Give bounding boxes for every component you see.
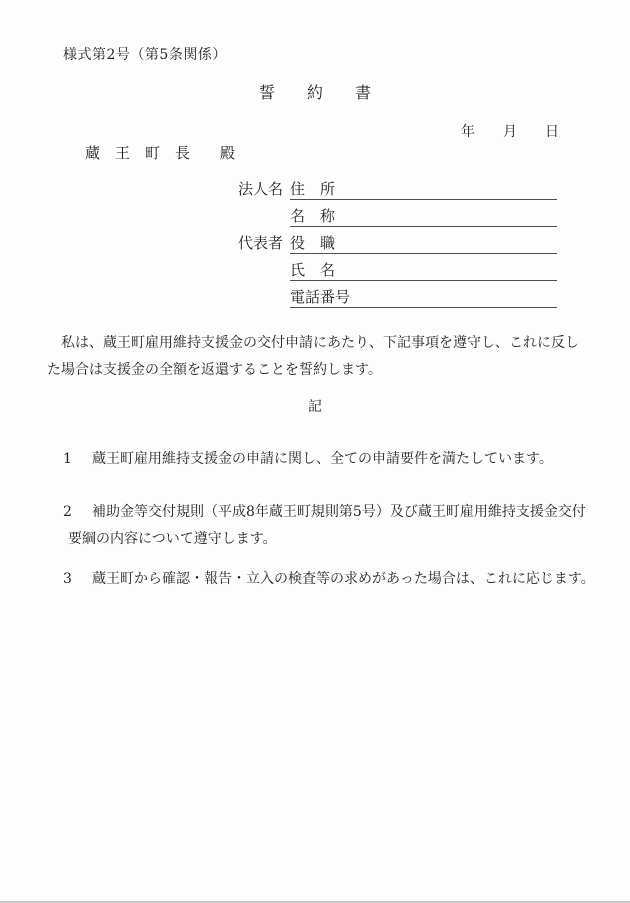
phone-number-fill-line: 電話番号 [290,290,557,308]
field-row-representative-name: 氏 名 [238,254,557,281]
field-row-corporate-address: 法人名 住 所 [238,173,557,200]
form-number: 様式第2号（第5条関係） [63,48,227,62]
corporate-address-fill-line: 住 所 [290,182,557,200]
field-label-phone: 電話番号 [290,288,350,306]
list-heading-ki: 記 [0,400,630,414]
pledge-item-2-number: 2 [63,499,72,526]
field-row-representative-title: 代表者 役 職 [238,227,557,254]
pledge-item-1-text: 蔵王町雇用維持支援金の申請に関し、全ての申請要件を満たしています。 [92,451,553,467]
pledge-item-2: 2 補助金等交付規則（平成8年蔵王町規則第5号）及び蔵王町雇用維持支援金交付要綱… [68,499,592,553]
field-label-representative-name: 氏 名 [290,261,335,279]
applicant-fields-block: 法人名 住 所 名 称 代表者 役 職 氏 名 電話 [238,173,557,308]
pledge-item-3-text: 蔵王町から確認・報告・立入の検査等の求めがあった場合は、これに応じます。 [92,571,595,587]
pledge-document-page: 様式第2号（第5条関係） 誓 約 書 年 月 日 蔵 王 町 長 殿 法人名 住… [0,0,630,903]
group-label-blank-3 [238,305,290,308]
pledge-item-3: 3 蔵王町から確認・報告・立入の検査等の求めがあった場合は、これに応じます。 [68,566,608,593]
pledge-item-1-number: 1 [63,446,72,473]
pledge-item-3-number: 3 [63,566,72,593]
field-label-address: 住 所 [290,180,335,198]
corporate-name-fill-line: 名 称 [290,209,557,227]
pledge-item-1: 1 蔵王町雇用維持支援金の申請に関し、全ての申請要件を満たしています。 [68,446,592,473]
group-label-blank-2 [238,278,290,281]
field-label-title: 役 職 [290,234,335,252]
pledge-item-2-text: 補助金等交付規則（平成8年蔵王町規則第5号）及び蔵王町雇用維持支援金交付要綱の内… [68,504,586,547]
group-label-corporation: 法人名 [238,182,290,200]
date-line: 年 月 日 [461,125,559,139]
addressee-mayor: 蔵 王 町 長 殿 [85,146,235,161]
representative-title-fill-line: 役 職 [290,236,557,254]
field-row-phone-number: 電話番号 [238,281,557,308]
pledge-paragraph: 私は、蔵王町雇用維持支援金の交付申請にあたり、下記事項を遵守し、これに反した場合… [47,330,592,384]
field-row-corporate-name: 名 称 [238,200,557,227]
document-title: 誓 約 書 [0,85,630,101]
group-label-representative: 代表者 [238,236,290,254]
group-label-blank-1 [238,224,290,227]
representative-name-fill-line: 氏 名 [290,263,557,281]
field-label-name: 名 称 [290,207,335,225]
